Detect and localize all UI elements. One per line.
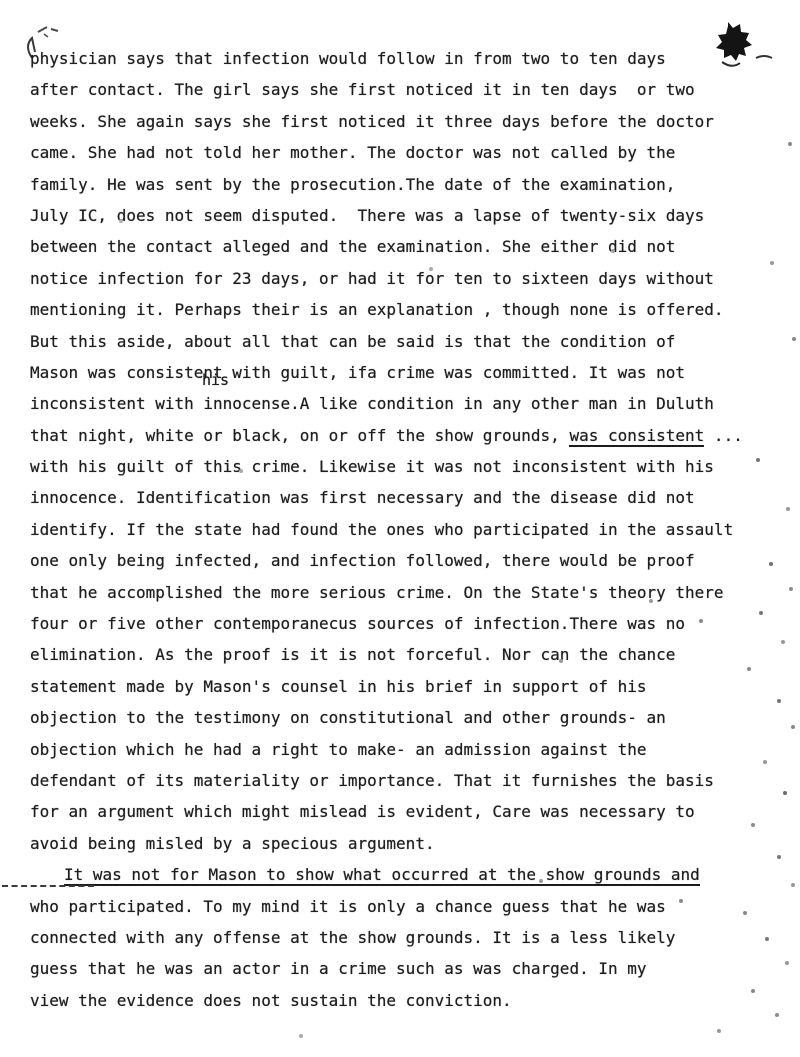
document-line: that he accomplished the more serious cr…: [30, 577, 778, 608]
line-text: innocence. Identification was first nece…: [30, 488, 695, 507]
pencil-dash-underline: [2, 885, 94, 887]
document-line: notice infection for 23 days, or had it …: [30, 263, 778, 294]
document-line: Mason was consistent with guilt, ifa cri…: [30, 357, 778, 388]
line-text: weeks. She again says she first noticed …: [30, 112, 714, 131]
document-line: for an argument which might mislead is e…: [30, 796, 778, 827]
document-line: after contact. The girl says she first n…: [30, 74, 778, 105]
document-line: July IC, does not seem disputed. There w…: [30, 200, 778, 231]
scan-noise: [0, 0, 2, 2]
document-line: four or five other contemporanecus sourc…: [30, 608, 778, 639]
line-text: inconsistent with innocense.A like condi…: [30, 394, 714, 413]
line-text: mentioning it. Perhaps their is an expla…: [30, 300, 724, 319]
line-text: connected with any offense at the show g…: [30, 928, 675, 947]
document-line: with his guilt of this crime. Likewise i…: [30, 451, 778, 482]
document-line: who participated. To my mind it is only …: [30, 891, 778, 922]
document-line: mentioning it. Perhaps their is an expla…: [30, 294, 778, 325]
interlinear-insertion: his: [202, 373, 229, 388]
line-text: family. He was sent by the prosecution.T…: [30, 175, 675, 194]
line-text: guess that he was an actor in a crime su…: [30, 959, 647, 978]
line-text: who participated. To my mind it is only …: [30, 897, 666, 916]
line-text: Mason was consistent with guilt, ifa cri…: [30, 363, 685, 382]
line-text: defendant of its materiality or importan…: [30, 771, 714, 790]
document-line: elimination. As the proof is it is not f…: [30, 639, 778, 670]
line-text: avoid being misled by a specious argumen…: [30, 834, 435, 853]
line-text: statement made by Mason's counsel in his…: [30, 677, 647, 696]
line-text: identify. If the state had found the one…: [30, 520, 733, 539]
document-line: avoid being misled by a specious argumen…: [30, 828, 778, 859]
line-text: objection which he had a right to make- …: [30, 740, 647, 759]
line-text: that he accomplished the more serious cr…: [30, 583, 724, 602]
document-line: connected with any offense at the show g…: [30, 922, 778, 953]
document-line: objection which he had a right to make- …: [30, 734, 778, 765]
document-line: that night, white or black, on or off th…: [30, 420, 778, 451]
document-body: physician says that infection would foll…: [30, 43, 778, 1016]
document-page: physician says that infection would foll…: [0, 0, 800, 1057]
document-line: innocence. Identification was first nece…: [30, 482, 778, 513]
line-text: physician says that infection would foll…: [30, 49, 666, 68]
line-text: But this aside, about all that can be sa…: [30, 332, 675, 351]
document-line: family. He was sent by the prosecution.T…: [30, 169, 778, 200]
document-line: It was not for Mason to show what occurr…: [30, 859, 778, 890]
line-text: view the evidence does not sustain the c…: [30, 991, 512, 1010]
line-text: one only being infected, and infection f…: [30, 551, 695, 570]
line-text: for an argument which might mislead is e…: [30, 802, 695, 821]
document-line: one only being infected, and infection f…: [30, 545, 778, 576]
line-text: came. She had not told her mother. The d…: [30, 143, 675, 162]
document-line: objection to the testimony on constituti…: [30, 702, 778, 733]
document-line: weeks. She again says she first noticed …: [30, 106, 778, 137]
line-text: with his guilt of this crime. Likewise i…: [30, 457, 714, 476]
document-line: guess that he was an actor in a crime su…: [30, 953, 778, 984]
document-line: statement made by Mason's counsel in his…: [30, 671, 778, 702]
document-line: came. She had not told her mother. The d…: [30, 137, 778, 168]
document-line: between the contact alleged and the exam…: [30, 231, 778, 262]
line-text: four or five other contemporanecus sourc…: [30, 614, 685, 633]
document-line: identify. If the state had found the one…: [30, 514, 778, 545]
document-line: defendant of its materiality or importan…: [30, 765, 778, 796]
line-text: objection to the testimony on constituti…: [30, 708, 666, 727]
line-text: ...: [704, 426, 743, 445]
underlined-text: It was not for Mason to show what occurr…: [64, 865, 700, 886]
line-text: elimination. As the proof is it is not f…: [30, 645, 675, 664]
document-line: inconsistent with innocense.A like condi…: [30, 388, 778, 419]
document-line: view the evidence does not sustain the c…: [30, 985, 778, 1016]
document-line: physician says that infection would foll…: [30, 43, 778, 74]
document-line: But this aside, about all that can be sa…: [30, 326, 778, 357]
line-text: July IC, does not seem disputed. There w…: [30, 206, 704, 225]
line-text: between the contact alleged and the exam…: [30, 237, 675, 256]
line-text: after contact. The girl says she first n…: [30, 80, 695, 99]
line-text: notice infection for 23 days, or had it …: [30, 269, 714, 288]
line-text: that night, white or black, on or off th…: [30, 426, 569, 445]
underlined-text: was consistent: [569, 426, 704, 447]
